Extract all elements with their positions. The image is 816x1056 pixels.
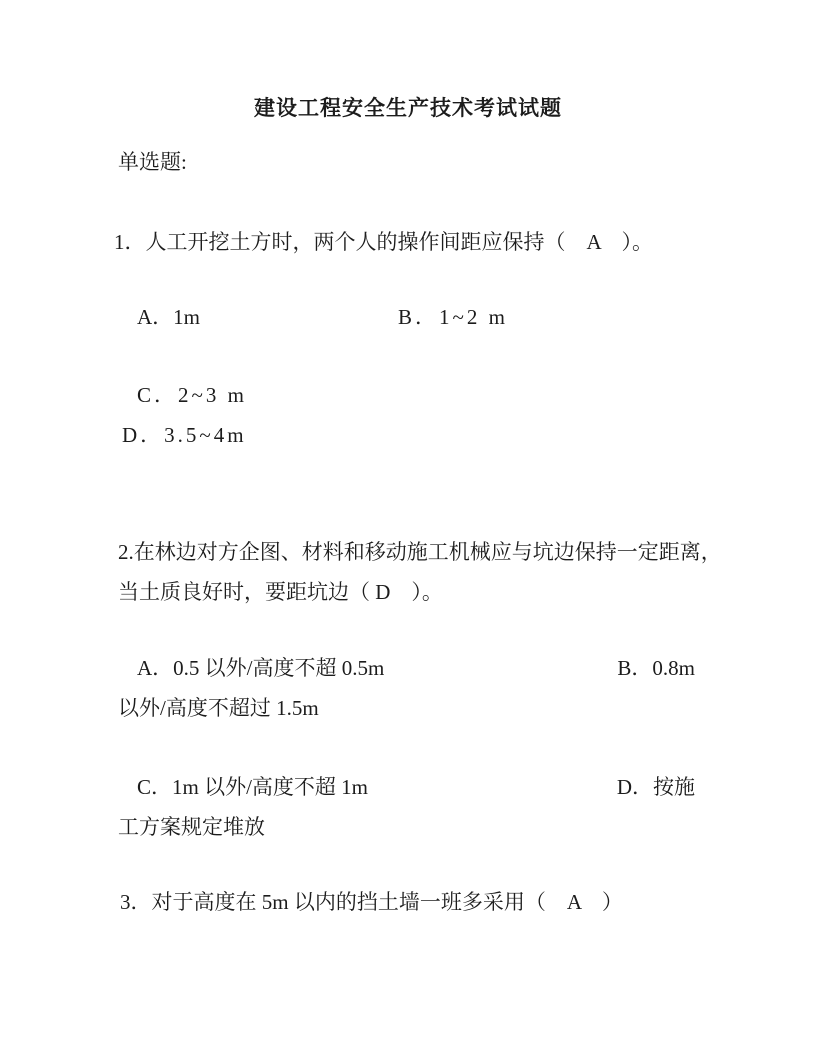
section-label: 单选题: xyxy=(118,142,187,182)
question-1-option-c: C．2~3 m xyxy=(137,375,247,415)
question-1-option-d: D．3.5~4m xyxy=(122,415,247,455)
question-2-option-d-wrap: 工方案规定堆放 xyxy=(118,807,265,847)
question-2-option-d: D．按施 xyxy=(617,767,695,807)
question-2-option-a: A．0.5 以外/高度不超 0.5m xyxy=(137,648,384,688)
question-2-options-row-cd: C．1m 以外/高度不超 1m D．按施 xyxy=(0,767,816,807)
question-2-text-line-2: 当土质良好时，要距坑边（ D ）。 xyxy=(118,572,443,612)
question-2-option-c: C．1m 以外/高度不超 1m xyxy=(137,767,368,807)
question-1-text: 1．人工开挖土方时，两个人的操作间距应保持（ A ）。 xyxy=(114,222,653,262)
question-1-option-a: A．1m xyxy=(137,297,200,337)
question-1-option-b: B．1~2 m xyxy=(398,297,508,337)
question-2-options-row-ab: A．0.5 以外/高度不超 0.5m B．0.8m xyxy=(0,648,816,688)
question-2-option-b-wrap: 以外/高度不超过 1.5m xyxy=(118,688,319,728)
question-3-text: 3．对于高度在 5m 以内的挡土墙一班多采用（ A ） xyxy=(120,882,623,922)
question-1-options-row-ab: A．1m B．1~2 m xyxy=(0,297,816,337)
exam-document-page: 建设工程安全生产技术考试试题 单选题: 1．人工开挖土方时，两个人的操作间距应保… xyxy=(0,0,816,1056)
document-title: 建设工程安全生产技术考试试题 xyxy=(0,88,816,128)
question-2-text-line-1: 2.在林边对方企图、材料和移动施工机械应与坑边保持一定距离， xyxy=(118,532,722,572)
question-2-option-b: B．0.8m xyxy=(617,648,695,688)
